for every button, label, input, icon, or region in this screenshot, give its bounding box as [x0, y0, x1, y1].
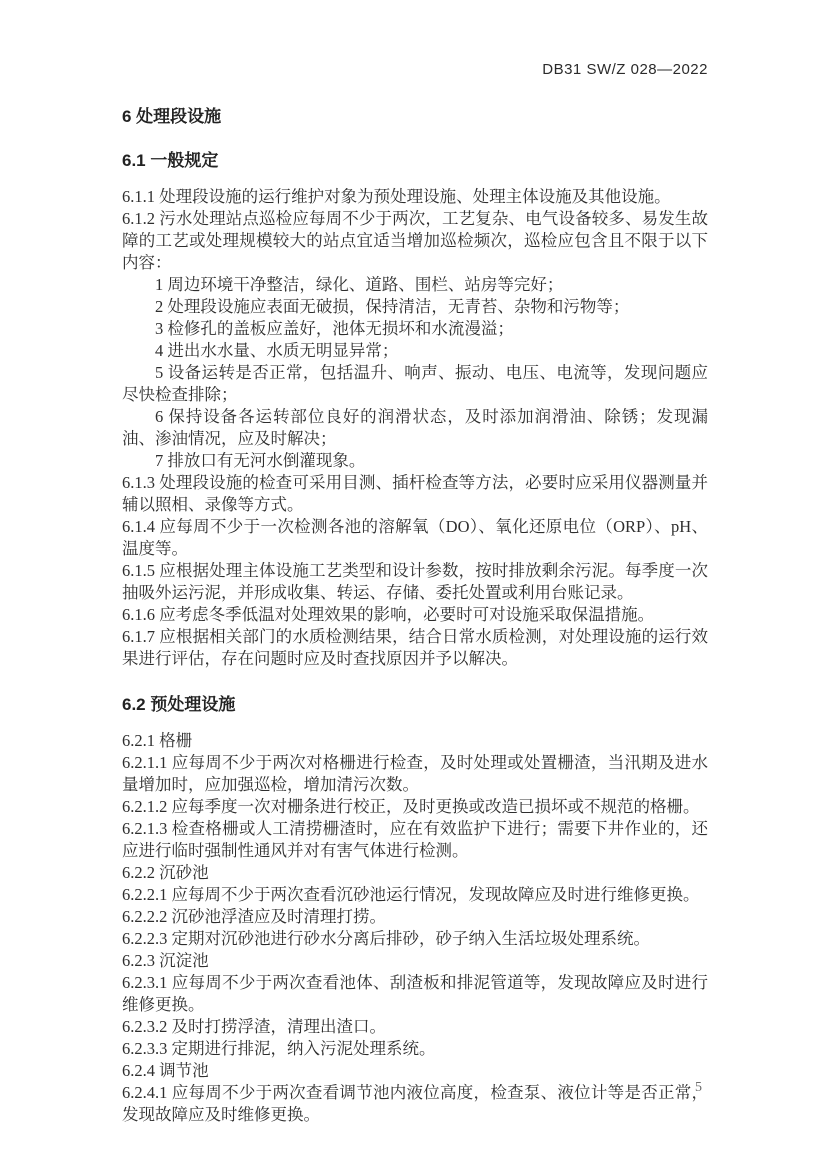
- subclause-heading-6-2-4: 6.2.4 调节池: [122, 1060, 708, 1082]
- section-heading-6: 6 处理段设施: [122, 106, 708, 128]
- clause-6-1-6: 6.1.6 应考虑冬季低温对处理效果的影响，必要时可对设施采取保温措施。: [122, 604, 708, 626]
- clause-6-1-3: 6.1.3 处理段设施的检查可采用目测、插杆检查等方法，必要时应采用仪器测量并辅…: [122, 472, 708, 516]
- clause-6-1-1: 6.1.1 处理段设施的运行维护对象为预处理设施、处理主体设施及其他设施。: [122, 186, 708, 208]
- clause-6-1-5: 6.1.5 应根据处理主体设施工艺类型和设计参数，按时排放剩余污泥。每季度一次抽…: [122, 560, 708, 604]
- list-item-6: 6 保持设备各运转部位良好的润滑状态，及时添加润滑油、除锈；发现漏油、渗油情况，…: [122, 406, 708, 450]
- clause-6-2-3-2: 6.2.3.2 及时打捞浮渣，清理出渣口。: [122, 1016, 708, 1038]
- page-body: 6 处理段设施 6.1 一般规定 6.1.1 处理段设施的运行维护对象为预处理设…: [122, 0, 708, 1126]
- clause-6-2-3-1: 6.2.3.1 应每周不少于两次查看池体、刮渣板和排泥管道等，发现故障应及时进行…: [122, 972, 708, 1016]
- subclause-heading-6-2-2: 6.2.2 沉砂池: [122, 862, 708, 884]
- clause-6-1-7: 6.1.7 应根据相关部门的水质检测结果，结合日常水质检测，对处理设施的运行效果…: [122, 626, 708, 670]
- subclause-heading-6-2-1: 6.2.1 格栅: [122, 730, 708, 752]
- list-item-4: 4 进出水水量、水质无明显异常；: [122, 340, 708, 362]
- page-number: 5: [695, 1080, 702, 1096]
- clause-6-1-2: 6.1.2 污水处理站点巡检应每周不少于两次，工艺复杂、电气设备较多、易发生故障…: [122, 208, 708, 274]
- subsection-heading-6-1: 6.1 一般规定: [122, 150, 708, 172]
- clause-6-2-1-1: 6.2.1.1 应每周不少于两次对格栅进行检查，及时处理或处置栅渣，当汛期及进水…: [122, 752, 708, 796]
- clause-6-2-4-1: 6.2.4.1 应每周不少于两次查看调节池内液位高度，检查泵、液位计等是否正常，…: [122, 1082, 708, 1126]
- clause-6-2-2-2: 6.2.2.2 沉砂池浮渣应及时清理打捞。: [122, 906, 708, 928]
- standard-document-page: DB31 SW/Z 028—2022 6 处理段设施 6.1 一般规定 6.1.…: [0, 0, 826, 1169]
- clause-6-2-1-3: 6.2.1.3 检查格栅或人工清捞栅渣时，应在有效监护下进行；需要下井作业的，还…: [122, 818, 708, 862]
- subsection-heading-6-2: 6.2 预处理设施: [122, 694, 708, 716]
- clause-6-1-4: 6.1.4 应每周不少于一次检测各池的溶解氧（DO）、氧化还原电位（ORP）、p…: [122, 516, 708, 560]
- list-item-3: 3 检修孔的盖板应盖好，池体无损坏和水流漫溢；: [122, 318, 708, 340]
- list-item-5: 5 设备运转是否正常，包括温升、响声、振动、电压、电流等，发现问题应尽快检查排除…: [122, 362, 708, 406]
- list-item-7: 7 排放口有无河水倒灌现象。: [122, 450, 708, 472]
- clause-6-2-3-3: 6.2.3.3 定期进行排泥，纳入污泥处理系统。: [122, 1038, 708, 1060]
- list-item-1: 1 周边环境干净整洁，绿化、道路、围栏、站房等完好；: [122, 274, 708, 296]
- list-item-2: 2 处理段设施应表面无破损，保持清洁，无青苔、杂物和污物等；: [122, 296, 708, 318]
- subclause-heading-6-2-3: 6.2.3 沉淀池: [122, 950, 708, 972]
- clause-6-2-2-1: 6.2.2.1 应每周不少于两次查看沉砂池运行情况，发现故障应及时进行维修更换。: [122, 884, 708, 906]
- clause-6-2-2-3: 6.2.2.3 定期对沉砂池进行砂水分离后排砂，砂子纳入生活垃圾处理系统。: [122, 928, 708, 950]
- clause-6-2-1-2: 6.2.1.2 应每季度一次对栅条进行校正，及时更换或改造已损坏或不规范的格栅。: [122, 796, 708, 818]
